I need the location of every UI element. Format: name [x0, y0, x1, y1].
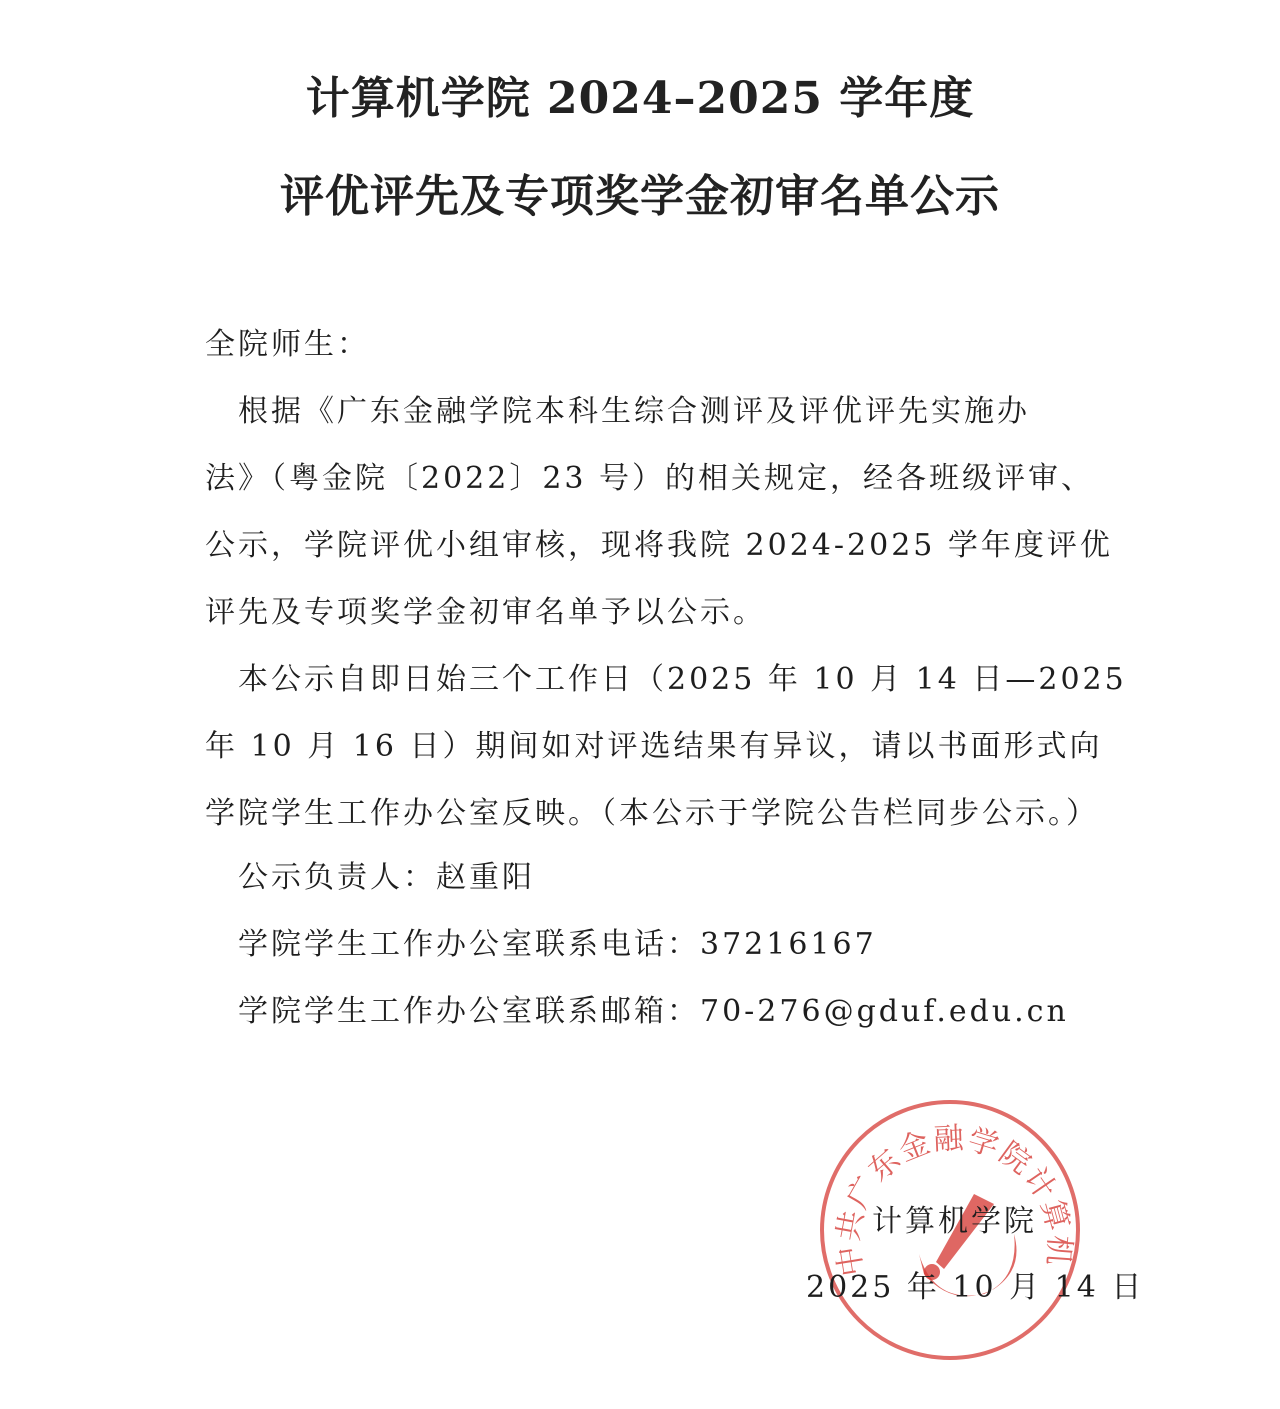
paragraph1-line3: 公示，学院评优小组审核，现将我院 2024-2025 学年度评优: [205, 526, 1113, 566]
contact-phone: 学院学生工作办公室联系电话：37216167: [205, 925, 877, 965]
contact-email: 学院学生工作办公室联系邮箱：70-276@gduf.edu.cn: [205, 992, 1069, 1032]
paragraph1-line4: 评先及专项奖学金初审名单予以公示。: [205, 593, 766, 633]
document-title-line2: 评优评先及专项奖学金初审名单公示: [0, 160, 1280, 224]
paragraph2-line3: 学院学生工作办公室反映。（本公示于学院公告栏同步公示。）: [205, 794, 1099, 834]
signature-date: 2025 年 10 月 14 日: [806, 1262, 1144, 1306]
document-title-line1: 计算机学院 2024–2025 学年度: [0, 62, 1280, 126]
signature-organization: 计算机学院: [872, 1196, 1037, 1240]
paragraph1-line2: 法》（粤金院〔2022〕23 号）的相关规定，经各班级评审、: [205, 459, 1094, 499]
paragraph2-line2: 年 10 月 16 日）期间如对评选结果有异议，请以书面形式向: [205, 727, 1103, 767]
paragraph1-line1: 根据《广东金融学院本科生综合测评及评优评先实施办: [205, 392, 1030, 432]
contact-person: 公示负责人：赵重阳: [205, 858, 535, 898]
paragraph2-line1: 本公示自即日始三个工作日（2025 年 10 月 14 日—2025: [205, 660, 1127, 700]
salutation: 全院师生：: [205, 325, 370, 365]
